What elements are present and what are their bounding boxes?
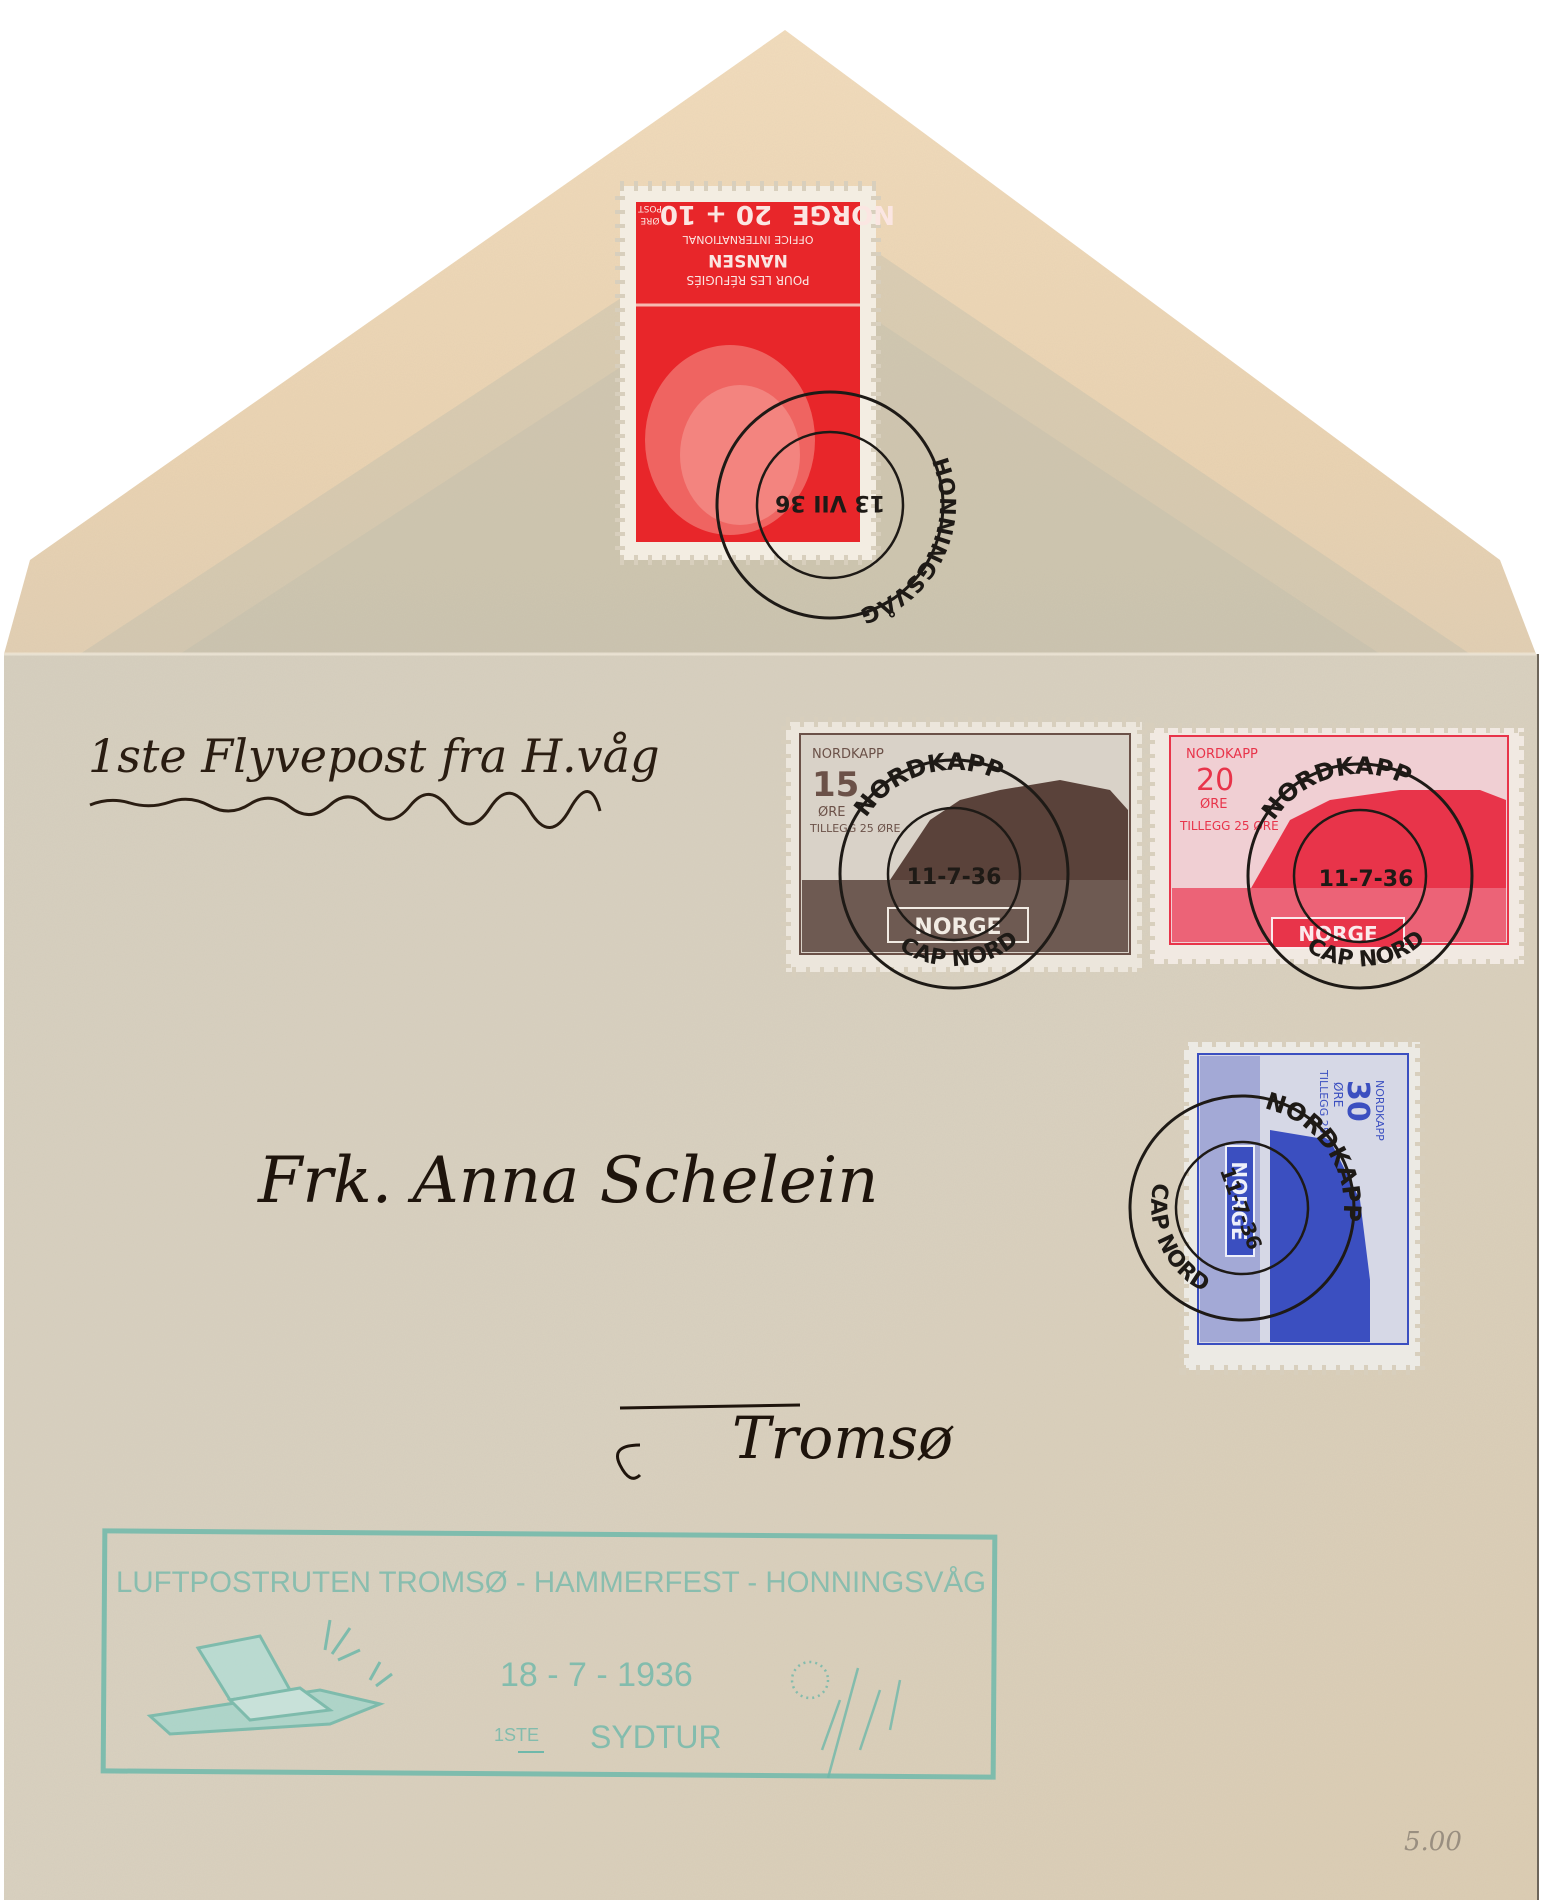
stamp-nordkapp-30: NORDKAPP 30 ØRE TILLEGG 25 ØRE NORGE [1184,1042,1420,1370]
nordkapp15-country: NORGE [914,915,1001,940]
nordkapp30-unit: ØRE [1331,1082,1345,1107]
nordkapp15-surcharge: TILLEGG 25 ØRE [809,822,901,835]
nansen-post: POST [638,203,662,213]
nansen-line2: OFFICE INTERNATIONAL [682,233,814,246]
flight-note-text: 1ste Flyvepost fra H.våg [88,729,660,783]
nordkapp20-value: 20 [1196,763,1234,798]
nordkapp20-title: NORDKAPP [1186,747,1258,762]
nansen-country: NORGE [792,199,895,229]
postmark-date-nordkapp-2: 11-7-36 [1319,867,1414,892]
cachet-date: 18 - 7 - 1936 [500,1656,693,1694]
nordkapp15-value: 15 [812,765,859,805]
nansen-line3: NANSEN [708,250,788,270]
nansen-unit: ØRE [640,215,659,226]
city-text: Tromsø [732,1404,954,1472]
postmark-date-nordkapp-1: 11-7-36 [907,865,1002,890]
envelope-scene: 1ste Flyvepost fra H.våg Frk. Anna Schel… [0,0,1551,1900]
price-pencil-note: 5.00 [1404,1827,1462,1857]
nordkapp15-unit: ØRE [818,805,845,820]
cachet-route: LUFTPOSTRUTEN TROMSØ - HAMMERFEST - HONN… [116,1566,986,1599]
nansen-value: 20 + 10 [660,199,772,229]
addressee-text: Frk. Anna Schelein [257,1144,878,1218]
nansen-line4: POUR LES RÉFUGIÉS [687,273,810,288]
nordkapp15-title: NORDKAPP [812,747,884,762]
postmark-date-honningsvag: 13 VII 36 [775,490,885,515]
nordkapp20-unit: ØRE [1200,797,1227,812]
cachet-trip: SYDTUR [590,1719,722,1755]
cachet-ordinal: 1STE [494,1725,539,1745]
